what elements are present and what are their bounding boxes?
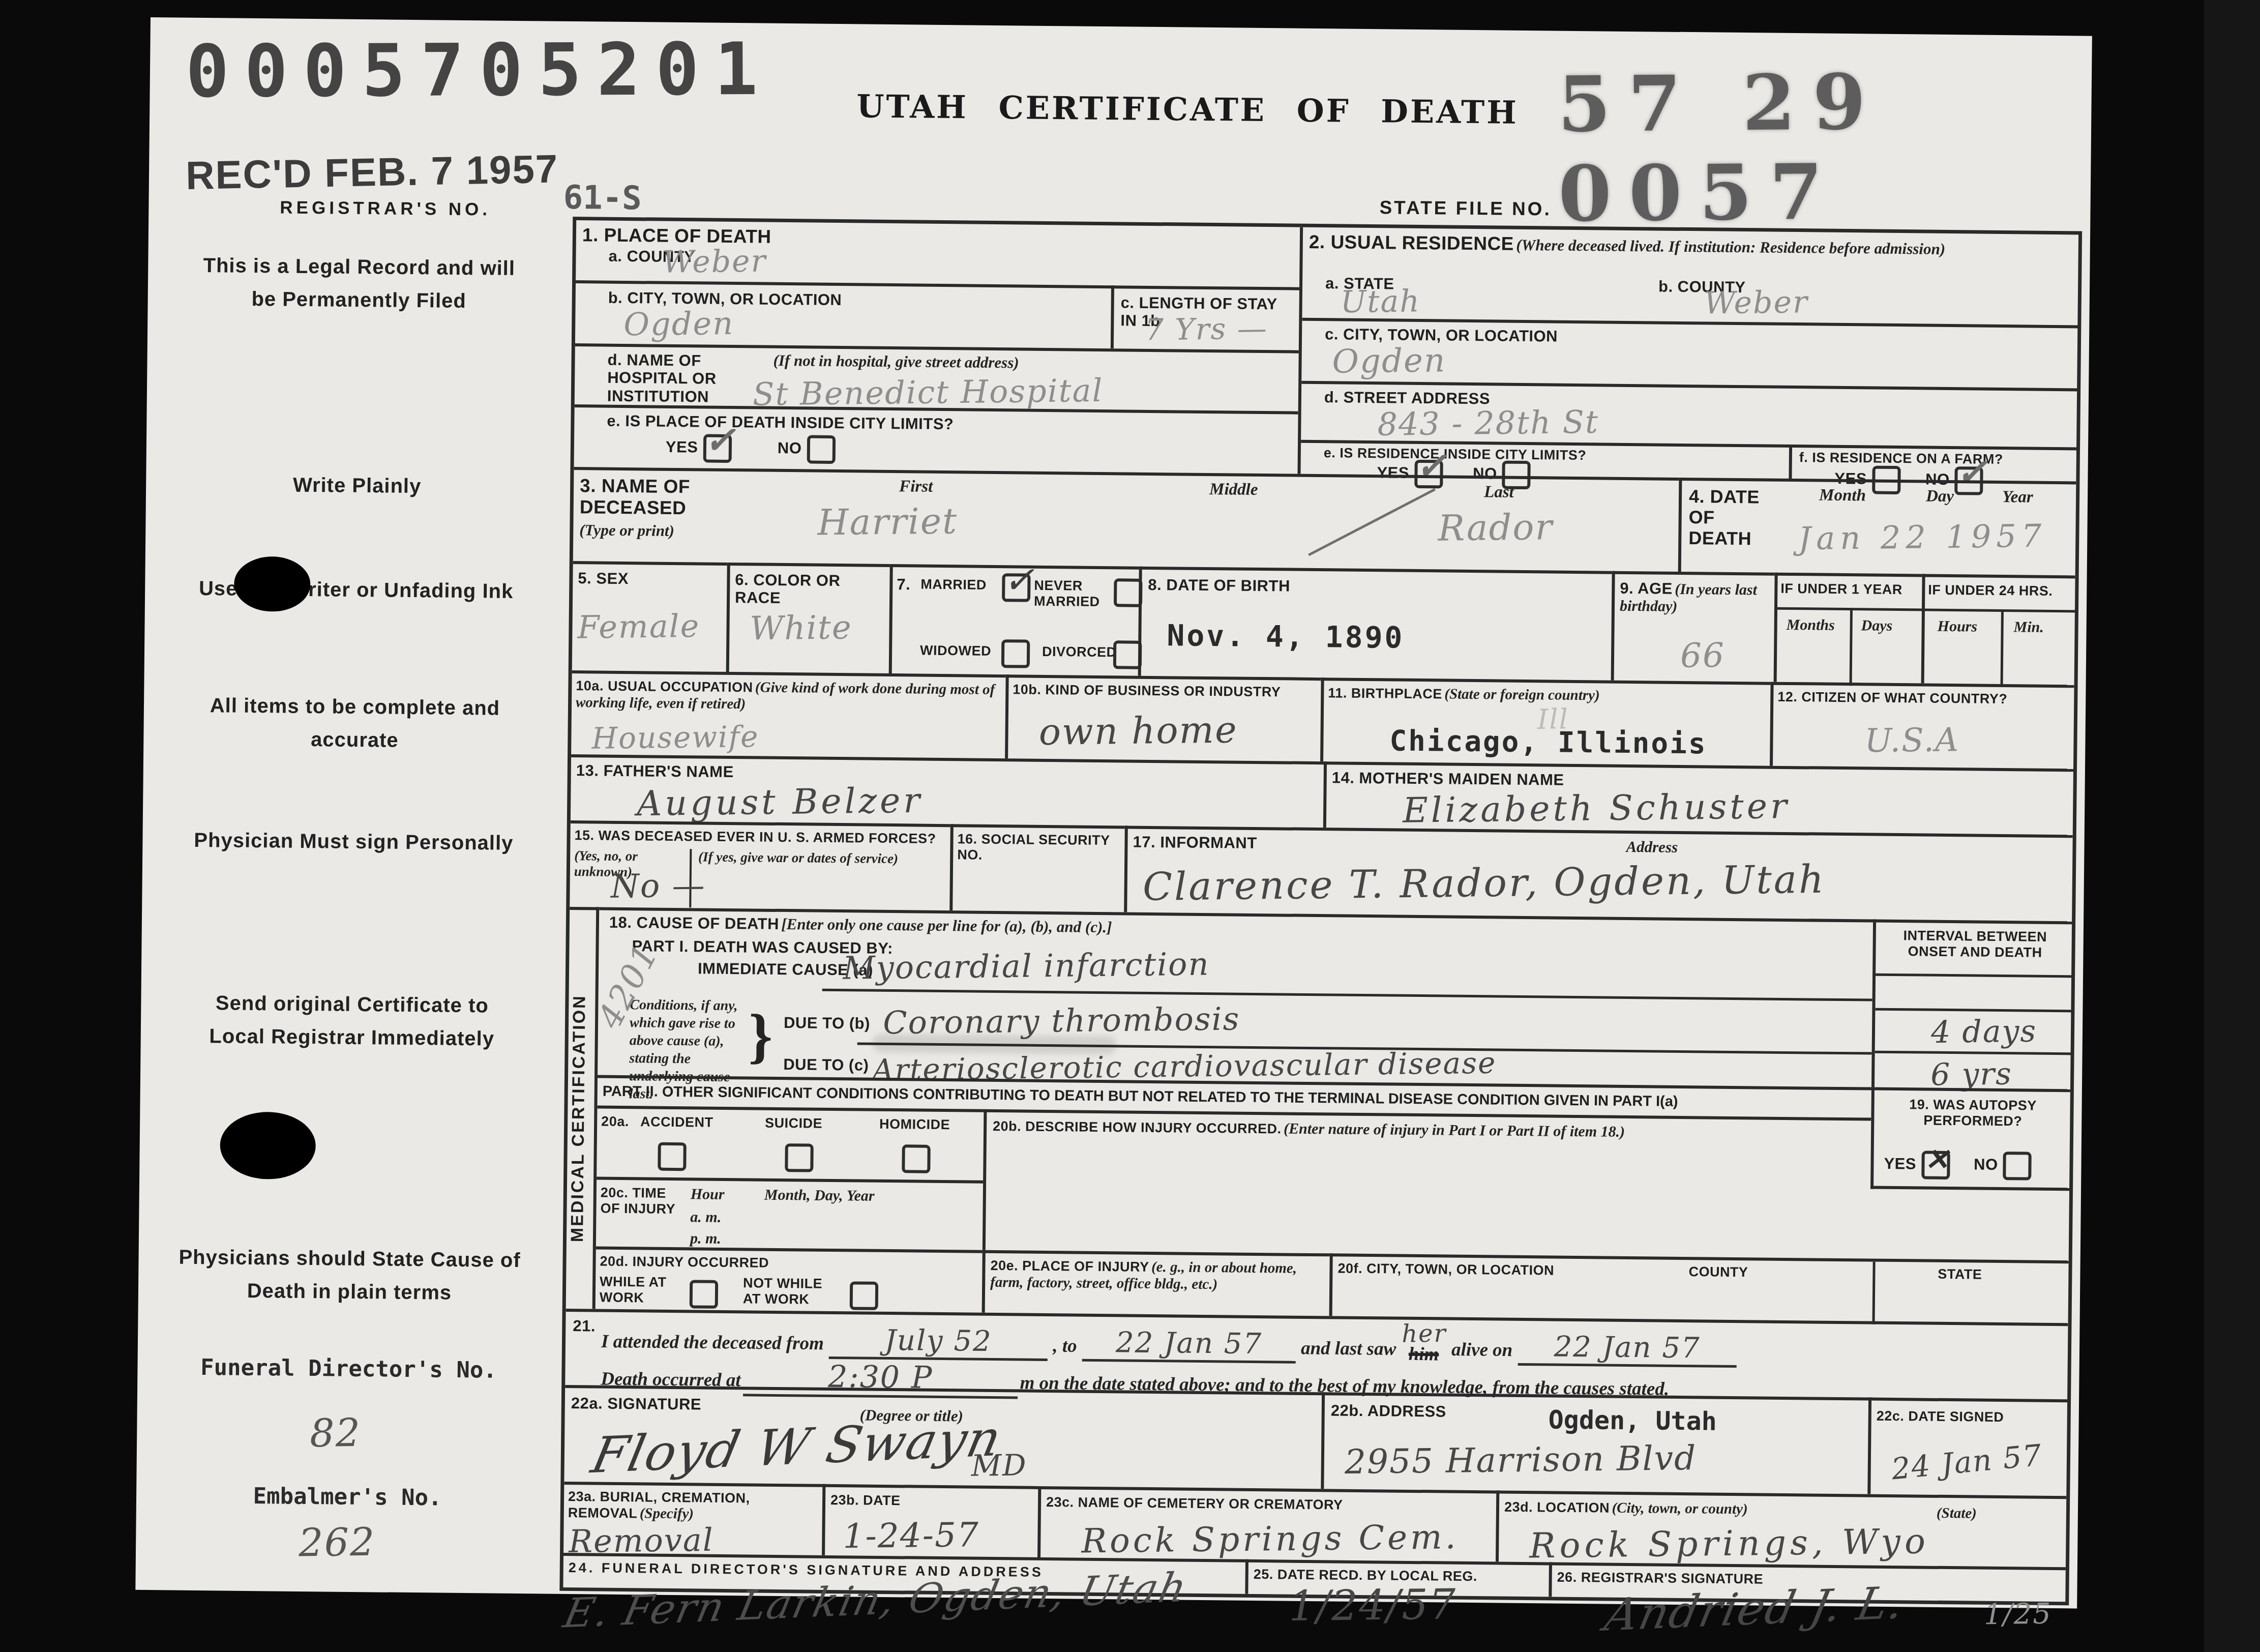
autopsy-no-checkbox <box>2003 1152 2032 1181</box>
fathers-name-label: 13. FATHER'S NAME <box>576 761 734 781</box>
injury-city-label: 20f. CITY, TOWN, OR LOCATION <box>1337 1261 1554 1279</box>
month-day-year-label: Month, Day, Year <box>764 1187 875 1205</box>
section-usual-occupation: 10a. USUAL OCCUPATION (Give kind of work… <box>571 670 1006 758</box>
location-label: 23d. LOCATION <box>1504 1499 1610 1516</box>
address-handwritten: 2955 Harrison Blvd <box>1344 1438 1697 1482</box>
section-business-industry: 10b. KIND OF BUSINESS OR INDUSTRY own ho… <box>1005 674 1321 761</box>
section-physician-signature: 22a. SIGNATURE (Degree or title) Floyd W… <box>564 1385 1322 1489</box>
attended-lastseen: 22 Jan 57 <box>1518 1330 1737 1368</box>
embalmer-no-value: 262 <box>299 1519 376 1566</box>
section-if-under-24-hrs: IF UNDER 24 HRS. Hours Min. <box>1921 574 2075 685</box>
usual-residence-hint: (Where deceased lived. If institution: R… <box>1516 236 1945 258</box>
section-age: 9. AGE (In years last birthday) 66 <box>1611 571 1775 682</box>
armed-forces-value: No — <box>610 867 706 906</box>
medical-certification-label: MEDICAL CERTIFICATION <box>567 930 596 1307</box>
place-of-injury-label: 20e. PLACE OF INJURY <box>990 1258 1149 1275</box>
section-registrar-signature: 26. REGISTRAR'S SIGNATURE Andried J. L. … <box>1549 1562 2066 1602</box>
date-of-birth-label: 8. DATE OF BIRTH <box>1148 576 1290 595</box>
embalmer-no-label: Embalmer's No. <box>182 1483 513 1512</box>
section-interval: INTERVAL BETWEEN ONSET AND DEATH 4 days … <box>1871 920 2072 1089</box>
conditions-brace: } <box>748 1000 773 1071</box>
medical-certification-strip: MEDICAL CERTIFICATION <box>566 907 600 1309</box>
suicide-checkbox <box>785 1143 814 1172</box>
received-date-stamp: REC'D FEB. 7 1957 <box>185 145 559 198</box>
margin-note-send-original: Send original Certificate to Local Regis… <box>186 987 517 1056</box>
date-of-death-label: 4. DATE OF DEATH <box>1688 486 1780 549</box>
section-physician-address: 22b. ADDRESS Ogden, Utah 2955 Harrison B… <box>1321 1392 1868 1494</box>
while-at-work-checkbox <box>690 1280 719 1309</box>
injury-state-label: STATE <box>1938 1266 1982 1283</box>
injury-occurred-label: 20d. INJURY OCCURRED <box>600 1254 769 1271</box>
attended-number: 21. <box>573 1317 596 1335</box>
citizen-label: 12. CITIZEN OF WHAT COUNTRY? <box>1777 689 2072 707</box>
section-autopsy: 19. WAS AUTOPSY PERFORMED? YES✕ NO <box>1870 1087 2070 1191</box>
section-burial: 23a. BURIAL, CREMATION, REMOVAL (Specify… <box>563 1482 822 1555</box>
informant-address-label: Address <box>1626 838 1678 857</box>
section-mothers-maiden-name: 14. MOTHER'S MAIDEN NAME Elizabeth Schus… <box>1323 761 2073 835</box>
sex-label: 5. SEX <box>578 569 629 587</box>
birthplace-hint: (State or foreign country) <box>1444 686 1600 703</box>
length-of-stay-value: 7 Yrs — <box>1145 311 1268 347</box>
armed-forces-hint2: (If yes, give war or dates of service) <box>698 849 937 867</box>
section-if-under-1-year: IF UNDER 1 YEAR Months Days <box>1774 573 1922 684</box>
injury-county-label: COUNTY <box>1688 1264 1748 1280</box>
section-date-of-birth: 8. DATE OF BIRTH Nov. 4, 1890 <box>1138 567 1612 681</box>
first-name-label: First <box>899 477 933 496</box>
business-value: own home <box>1038 708 1238 753</box>
under-24-hrs-label: IF UNDER 24 HRS. <box>1928 582 2075 600</box>
section-burial-date: 23b. DATE 1-24-57 <box>822 1484 1038 1557</box>
married-checkbox: ✓ <box>1002 573 1031 602</box>
burial-date-value: 1-24-57 <box>843 1515 979 1556</box>
name-hint: (Type or print) <box>579 521 674 540</box>
while-at-work-label: WHILE AT WORK <box>600 1274 681 1306</box>
divorced-label: DIVORCED <box>1042 644 1117 660</box>
section-birthplace: 11. BIRTHPLACE (State or foreign country… <box>1320 677 1771 765</box>
death-city-limits-label: e. IS PLACE OF DEATH INSIDE CITY LIMITS? <box>607 412 954 433</box>
divorced-checkbox <box>1113 640 1142 669</box>
date-signed-label: 22c. DATE SIGNED <box>1877 1408 2004 1425</box>
attended-text4: alive on <box>1451 1339 1513 1361</box>
autopsy-yes-checkbox: ✕ <box>1921 1151 1950 1180</box>
usual-residence-title: 2. USUAL RESIDENCE <box>1309 231 1514 254</box>
married-label: MARRIED <box>920 577 987 593</box>
certificate-title: UTAH CERTIFICATE OF DEATH <box>856 87 1519 131</box>
occupation-value: Housewife <box>591 719 759 756</box>
month-label: Month <box>1819 486 1866 506</box>
section-social-security: 16. SOCIAL SECURITY NO. <box>949 824 1125 912</box>
location-hint: (City, town, or county) <box>1612 1500 1747 1518</box>
age-value: 66 <box>1680 636 1726 675</box>
never-married-label: NEVER MARRIED <box>1034 578 1116 610</box>
funeral-director-no-label: Funeral Director's No. <box>183 1353 514 1385</box>
section-fathers-name: 13. FATHER'S NAME August Belzer <box>571 754 1324 828</box>
widowed-checkbox <box>1001 639 1030 668</box>
describe-injury-label: 20b. DESCRIBE HOW INJURY OCCURRED. <box>993 1118 1282 1136</box>
hours-label: Hours <box>1938 618 1978 636</box>
certificate-paper: 0005705201 REC'D FEB. 7 1957 REGISTRAR'S… <box>135 17 2092 1609</box>
birthplace-value: Chicago, Illinois <box>1389 724 1707 760</box>
attended-from: July 52 <box>829 1323 1048 1361</box>
date-received-value: 1/24/57 <box>1289 1580 1457 1631</box>
city-value: Ogden <box>623 305 734 343</box>
margin-note-write-plainly: Write Plainly <box>192 468 523 504</box>
fathers-name-value: August Belzer <box>637 781 923 824</box>
date-of-birth-value: Nov. 4, 1890 <box>1167 618 1405 655</box>
first-name-value: Harriet <box>817 500 958 543</box>
pm-label: p. m. <box>690 1230 721 1248</box>
interval-c-value: 6 yrs <box>1930 1056 2012 1093</box>
attended-text2: , to <box>1053 1336 1077 1356</box>
cause-of-death-label: 18. CAUSE OF DEATH <box>609 913 779 933</box>
widowed-label: WIDOWED <box>920 643 991 659</box>
hospital-label: d. NAME OF HOSPITAL OR INSTITUTION <box>607 351 765 406</box>
homicide-label: HOMICIDE <box>879 1116 950 1133</box>
section-cemetery-location: 23d. LOCATION (City, town, or county) (S… <box>1496 1491 2066 1568</box>
punch-hole-bottom <box>220 1111 316 1179</box>
section-usual-residence: 2. USUAL RESIDENCE (Where deceased lived… <box>1297 227 2078 482</box>
name-label: 3. NAME OF DECEASED <box>580 475 723 519</box>
am-label: a. m. <box>690 1208 721 1226</box>
days-label: Days <box>1861 617 1893 635</box>
section-cause-of-death: 18. CAUSE OF DEATH [Enter only one cause… <box>598 907 1873 1087</box>
immediate-cause-value: Myocardial infarction <box>843 946 1210 987</box>
section-informant: 17. INFORMANT Address Clarence T. Rador,… <box>1124 825 2073 921</box>
film-edge <box>2204 0 2260 1652</box>
residence-county-value: Weber <box>1704 284 1808 321</box>
date-signed-value: 24 Jan 57 <box>1890 1437 2044 1486</box>
not-while-at-work-checkbox <box>850 1281 879 1310</box>
interval-header: INTERVAL BETWEEN ONSET AND DEATH <box>1881 928 2069 961</box>
business-label: 10b. KIND OF BUSINESS OR INDUSTRY <box>1013 682 1318 700</box>
date-of-death-value: Jan 22 1957 <box>1798 517 2047 557</box>
attended-text3: and last saw <box>1301 1338 1396 1360</box>
sex-value: Female <box>577 607 700 646</box>
residence-city-value: Ogden <box>1332 342 1446 381</box>
section-citizen: 12. CITIZEN OF WHAT COUNTRY? U.S.A <box>1770 682 2074 769</box>
age-label: 9. AGE <box>1620 579 1673 598</box>
cemetery-value: Rock Springs Cem. <box>1081 1517 1459 1560</box>
due-to-b-label: DUE TO (b) <box>784 1014 870 1032</box>
section-sex: 5. SEX Female <box>572 561 727 672</box>
state-file-number-stamp: 57 29 0057 <box>1557 55 2092 239</box>
her-handwritten: her <box>1402 1324 1447 1344</box>
margin-note-complete-accurate: All items to be complete and accurate <box>189 689 520 758</box>
registrar-signature: Andried J. L. <box>1600 1576 1910 1641</box>
cause-of-death-bracket: [Enter only one cause per line for (a), … <box>781 915 1112 936</box>
mothers-maiden-name-value: Elizabeth Schuster <box>1403 786 1790 831</box>
occupation-label: 10a. USUAL OCCUPATION <box>576 678 753 695</box>
death-city-limits-no: NO <box>778 435 841 464</box>
informant-label: 17. INFORMANT <box>1133 833 1257 852</box>
interval-b-value: 4 days <box>1931 1014 2037 1050</box>
section-20a: 20a. ACCIDENT SUICIDE HOMICIDE <box>597 1106 984 1181</box>
form-grid: 1. PLACE OF DEATH a. COUNTY Weber b. CIT… <box>559 217 2082 1605</box>
hospital-hint: (If not in hospital, give street address… <box>773 351 1019 372</box>
top-stamp-number: 0005705201 <box>186 27 774 114</box>
citizen-value: U.S.A <box>1864 721 1959 760</box>
suicide-label: SUICIDE <box>765 1115 822 1132</box>
physician-degree: MD <box>971 1448 1027 1483</box>
section-cemetery: 23c. NAME OF CEMETERY OR CREMATORY Rock … <box>1037 1486 1496 1562</box>
registrars-no-value: 61-S <box>563 179 642 217</box>
funeral-director-no-value: 82 <box>310 1410 362 1456</box>
autopsy-yesno: YES✕ NO <box>1884 1150 2037 1181</box>
min-label: Min. <box>2013 618 2044 636</box>
registrar-date-note: 1/25 <box>1984 1598 2052 1632</box>
informant-value: Clarence T. Rador, Ogden, Utah <box>1142 857 1826 909</box>
section-name-of-deceased: 3. NAME OF DECEASED (Type or print) Firs… <box>573 467 1679 572</box>
her-him: her him <box>1401 1324 1446 1366</box>
marital-number: 7. <box>897 575 910 594</box>
section-20b: 20b. DESCRIBE HOW INJURY OCCURRED. (Ente… <box>983 1109 1871 1259</box>
due-to-c-label: DUE TO (c) <box>783 1055 869 1074</box>
day-label: Day <box>1926 487 1954 507</box>
section-place-of-death: 1. PLACE OF DEATH a. COUNTY Weber b. CIT… <box>574 220 1300 474</box>
color-race-value: White <box>750 609 852 647</box>
section-date-signed: 22c. DATE SIGNED 24 Jan 57 <box>1867 1398 2067 1496</box>
section-funeral-director: 24. FUNERAL DIRECTOR'S SIGNATURE AND ADD… <box>563 1553 1245 1594</box>
margin-note-legal-record: This is a Legal Record and will be Perma… <box>193 249 524 318</box>
cemetery-location-value: Rock Springs, Wyo <box>1529 1521 1929 1566</box>
section-date-received: 25. DATE RECD. BY LOCAL REG. 1/24/57 <box>1245 1559 1549 1597</box>
burial-hint: (Specify) <box>640 1505 694 1522</box>
section-20c: 20c. TIME OF INJURY Hour a. m. p. m. Mon… <box>596 1177 983 1250</box>
residence-state-value: Utah <box>1340 283 1420 320</box>
time-of-injury-label: 20c. TIME OF INJURY <box>600 1185 682 1217</box>
color-race-label: 6. COLOR OR RACE <box>735 571 890 608</box>
address-typed: Ogden, Utah <box>1548 1405 1717 1436</box>
section-armed-forces: 15. WAS DECEASED EVER IN U. S. ARMED FOR… <box>570 820 950 910</box>
autopsy-label: 19. WAS AUTOPSY PERFORMED? <box>1881 1097 2065 1130</box>
last-name-label: Last <box>1484 483 1514 502</box>
accident-label: ACCIDENT <box>640 1114 713 1130</box>
location-state-hint: (State) <box>1937 1505 1977 1522</box>
not-while-at-work-label: NOT WHILE AT WORK <box>743 1275 835 1307</box>
attended-text1: I attended the deceased from <box>601 1331 824 1354</box>
registrars-no-label: REGISTRAR'S NO. <box>280 197 491 220</box>
section-marital-status: 7. MARRIED ✓ NEVER MARRIED WIDOWED DIVOR… <box>889 564 1139 676</box>
under-1-year-label: IF UNDER 1 YEAR <box>1780 581 1923 598</box>
burial-date-label: 23b. DATE <box>830 1492 901 1509</box>
address-label: 22b. ADDRESS <box>1331 1401 1446 1421</box>
death-city-limits-yes: YES✓ <box>666 434 737 463</box>
section-color-race: 6. COLOR OR RACE White <box>726 563 890 673</box>
months-label: Months <box>1787 616 1835 634</box>
armed-forces-label: 15. WAS DECEASED EVER IN U. S. ARMED FOR… <box>574 828 945 847</box>
section-date-of-death: 4. DATE OF DEATH Month Day Year Jan 22 1… <box>1678 478 2076 575</box>
physician-signature: Floyd W Swayn <box>587 1410 1007 1485</box>
section-20e: 20e. PLACE OF INJURY (e. g., in or about… <box>982 1250 1330 1316</box>
accident-section-number: 20a. <box>601 1114 629 1130</box>
section-20f: 20f. CITY, TOWN, OR LOCATION COUNTY STAT… <box>1329 1253 2069 1323</box>
hour-label: Hour <box>691 1186 725 1203</box>
accident-checkbox <box>658 1142 687 1171</box>
county-value: Weber <box>662 244 767 280</box>
describe-injury-hint: (Enter nature of injury in Part I or Par… <box>1284 1120 1625 1140</box>
section-attended: 21. I attended the deceased from July 52… <box>565 1309 2068 1399</box>
middle-name-stray-mark <box>1308 488 1436 556</box>
cemetery-label: 23c. NAME OF CEMETERY OR CREMATORY <box>1046 1494 1343 1513</box>
year-label: Year <box>2002 488 2033 507</box>
attended-to: 22 Jan 57 <box>1082 1326 1296 1364</box>
mothers-maiden-name-label: 14. MOTHER'S MAIDEN NAME <box>1332 769 1564 789</box>
section-20d: 20d. INJURY OCCURRED WHILE AT WORK NOT W… <box>596 1247 983 1313</box>
last-name-value: Rador <box>1438 506 1553 549</box>
social-security-label: 16. SOCIAL SECURITY NO. <box>957 831 1125 864</box>
death-city-limits-no-checkbox <box>807 435 836 464</box>
punch-hole-top <box>234 556 311 612</box>
death-city-limits-yes-checkbox: ✓ <box>703 434 732 463</box>
homicide-checkbox <box>902 1144 931 1173</box>
never-married-checkbox <box>1114 578 1143 607</box>
margin-note-physician-sign: Physician Must sign Personally <box>188 824 519 860</box>
margin-note-plain-terms: Physicians should State Cause of Death i… <box>166 1241 533 1310</box>
street-address-value: 843 - 28th St <box>1377 403 1599 443</box>
signature-label: 22a. SIGNATURE <box>571 1394 702 1413</box>
state-file-label: STATE FILE NO. <box>1379 197 1552 220</box>
middle-name-label: Middle <box>1209 480 1258 499</box>
birthplace-label: 11. BIRTHPLACE <box>1328 685 1442 701</box>
